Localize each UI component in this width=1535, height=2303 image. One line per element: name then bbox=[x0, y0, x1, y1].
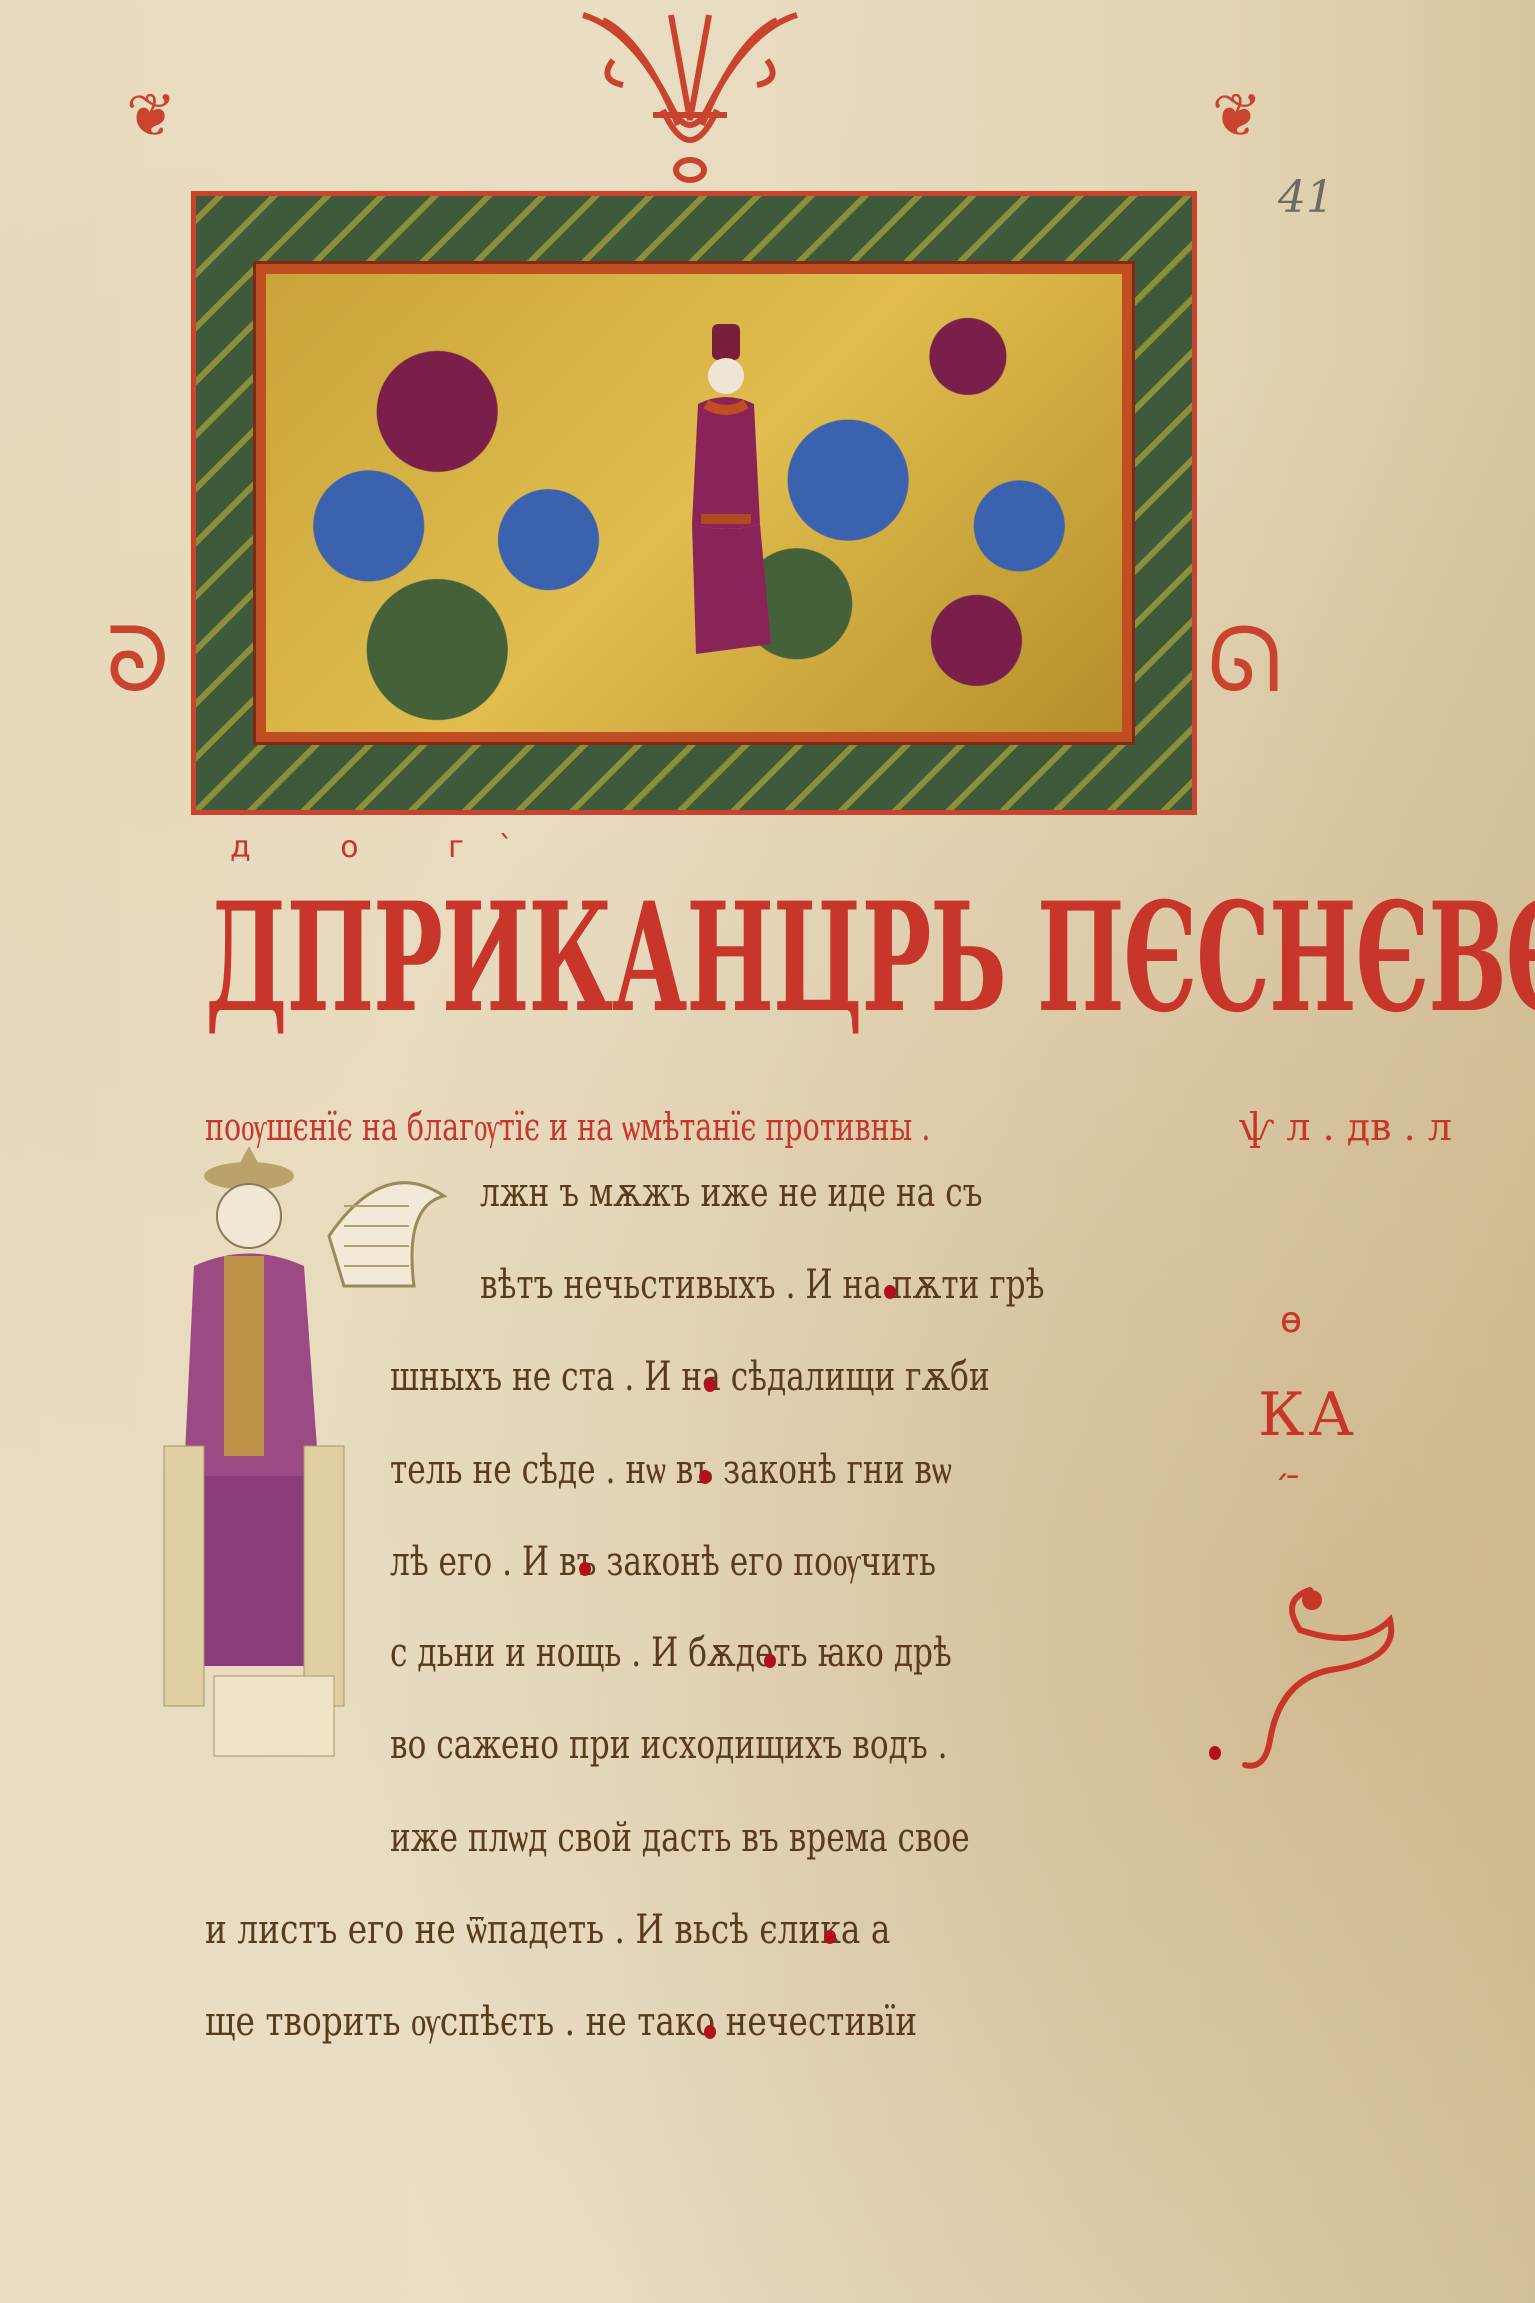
corner-ornament-left-icon: ❦ bbox=[126, 86, 176, 146]
title-rubric: ДПРИКАНЦРЬ ПЄСНЄВЄЦ bbox=[205, 870, 819, 1060]
margin-theta-mark: ѳ bbox=[1280, 1300, 1302, 1341]
red-punctuation-dot-icon bbox=[579, 1562, 591, 1576]
red-punctuation-dot-icon bbox=[1209, 1746, 1221, 1760]
corner-ornament-right-icon: ❦ bbox=[1212, 86, 1262, 146]
illuminated-headpiece: ❦ ❦ ᘐ ᘏ bbox=[191, 191, 1197, 815]
red-punctuation-dot-icon bbox=[704, 2025, 716, 2039]
red-punctuation-dot-icon bbox=[704, 1378, 716, 1392]
scroll-flourish-right-icon: ᘏ bbox=[1207, 616, 1282, 706]
margin-reference-note: ѱ л . дв . л bbox=[1240, 1105, 1452, 1149]
subtitle-rubric: поѹшєнїє на благѹтїє и на ѡмѣтанїє проти… bbox=[205, 1105, 930, 1150]
text-line: лѣ его . И въ законѣ его поѹчить bbox=[390, 1538, 936, 1585]
margin-section-number: КА bbox=[1258, 1380, 1358, 1450]
scroll-flourish-left-icon: ᘐ bbox=[106, 616, 169, 706]
text-line: и листъ его не ѿпадеть . И вьсѣ єлика а bbox=[205, 1906, 890, 1953]
text-line: с дьни и нощь . И бѫдеть ꙗко дрѣ bbox=[390, 1630, 952, 1676]
margin-accent-marks: ́ ̄ bbox=[1290, 1470, 1301, 1511]
red-punctuation-dot-icon bbox=[824, 1930, 836, 1944]
interlace-knot-ornament bbox=[543, 0, 837, 191]
text-line: шныхъ не ста . И на сѣдалищи гѫби bbox=[390, 1354, 990, 1400]
miniature-panel bbox=[256, 264, 1132, 742]
text-line: лжн ъ мѫжъ иже не иде на съ bbox=[480, 1170, 983, 1216]
text-line: иже плѡд свой дасть въ врема свое bbox=[390, 1814, 970, 1861]
text-line: вѣтъ нечьстивыхъ . И на пѫти грѣ bbox=[480, 1262, 1044, 1308]
folio-number: 41 bbox=[1278, 172, 1334, 223]
margin-flourish-icon bbox=[1240, 1560, 1440, 1780]
seated-figure-illustration bbox=[676, 324, 776, 664]
title-superscripts: д о г ̀ bbox=[230, 830, 553, 865]
text-line: тель не сѣде . нѡ въ законѣ гни вѡ bbox=[390, 1446, 952, 1493]
red-punctuation-dot-icon bbox=[884, 1285, 896, 1299]
text-line: во сажено при исходищихъ водъ . bbox=[390, 1722, 948, 1768]
red-punctuation-dot-icon bbox=[699, 1470, 711, 1484]
text-line: ще творить ѹспѣєть . не тако нечестивїи bbox=[205, 1998, 917, 2045]
red-punctuation-dot-icon bbox=[764, 1654, 776, 1668]
